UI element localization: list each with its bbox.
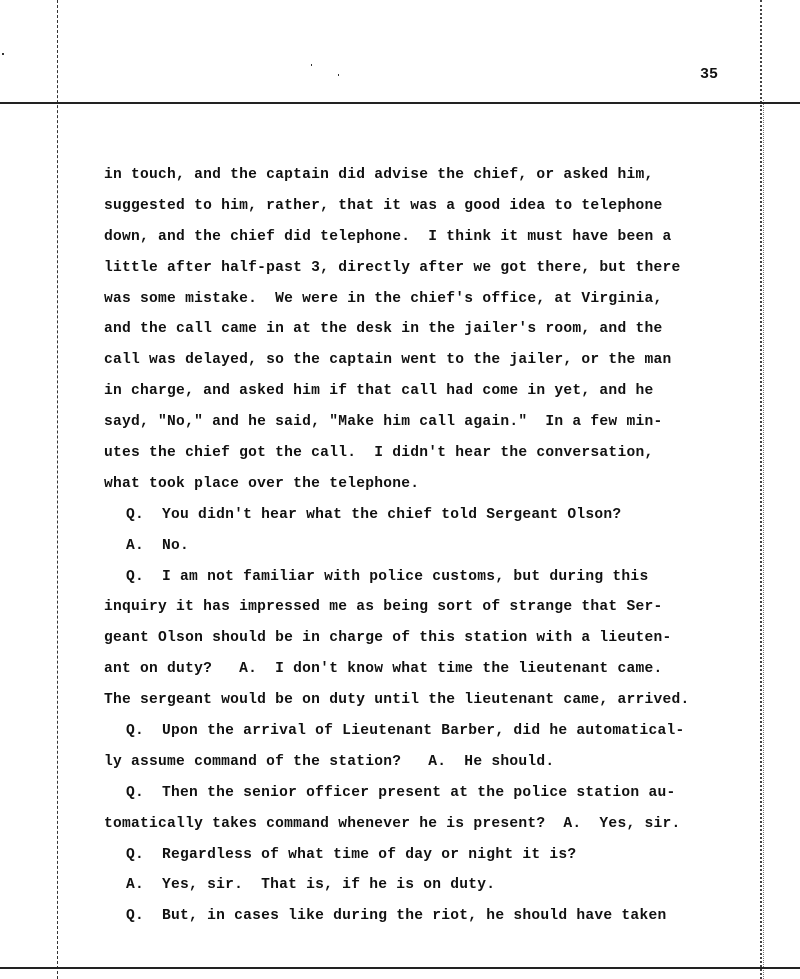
transcript-line: was some mistake. We were in the chief's…: [104, 284, 754, 315]
transcript-line: tomatically takes command whenever he is…: [104, 809, 754, 840]
scan-speck: [311, 64, 312, 66]
left-margin-line: [57, 0, 58, 979]
transcript-page: 35 in touch, and the captain did advise …: [0, 0, 800, 979]
transcript-line: in charge, and asked him if that call ha…: [104, 376, 754, 407]
transcript-line: Q. I am not familiar with police customs…: [104, 562, 754, 593]
transcript-line: down, and the chief did telephone. I thi…: [104, 222, 754, 253]
transcript-line: The sergeant would be on duty until the …: [104, 685, 754, 716]
scan-speck: [338, 74, 339, 76]
transcript-line: what took place over the telephone.: [104, 469, 754, 500]
transcript-line: call was delayed, so the captain went to…: [104, 345, 754, 376]
transcript-line: suggested to him, rather, that it was a …: [104, 191, 754, 222]
transcript-line: utes the chief got the call. I didn't he…: [104, 438, 754, 469]
transcript-line: Q. Then the senior officer present at th…: [104, 778, 754, 809]
transcript-line: A. No.: [104, 531, 754, 562]
transcript-line: Q. You didn't hear what the chief told S…: [104, 500, 754, 531]
footer-rule: [0, 967, 800, 969]
right-margin-line-inner: [763, 100, 764, 979]
transcript-line: Q. Regardless of what time of day or nig…: [104, 840, 754, 871]
transcript-line: in touch, and the captain did advise the…: [104, 160, 754, 191]
transcript-line: A. Yes, sir. That is, if he is on duty.: [104, 870, 754, 901]
transcript-line: sayd, "No," and he said, "Make him call …: [104, 407, 754, 438]
page-number: 35: [700, 66, 718, 83]
transcript-line: little after half-past 3, directly after…: [104, 253, 754, 284]
right-margin-line: [760, 0, 762, 979]
scan-speck: [2, 53, 4, 55]
transcript-line: and the call came in at the desk in the …: [104, 314, 754, 345]
transcript-line: geant Olson should be in charge of this …: [104, 623, 754, 654]
transcript-line: Q. But, in cases like during the riot, h…: [104, 901, 754, 932]
transcript-body: in touch, and the captain did advise the…: [104, 160, 754, 932]
transcript-line: inquiry it has impressed me as being sor…: [104, 592, 754, 623]
transcript-line: ant on duty? A. I don't know what time t…: [104, 654, 754, 685]
header-rule: [0, 102, 800, 104]
transcript-line: Q. Upon the arrival of Lieutenant Barber…: [104, 716, 754, 747]
transcript-line: ly assume command of the station? A. He …: [104, 747, 754, 778]
